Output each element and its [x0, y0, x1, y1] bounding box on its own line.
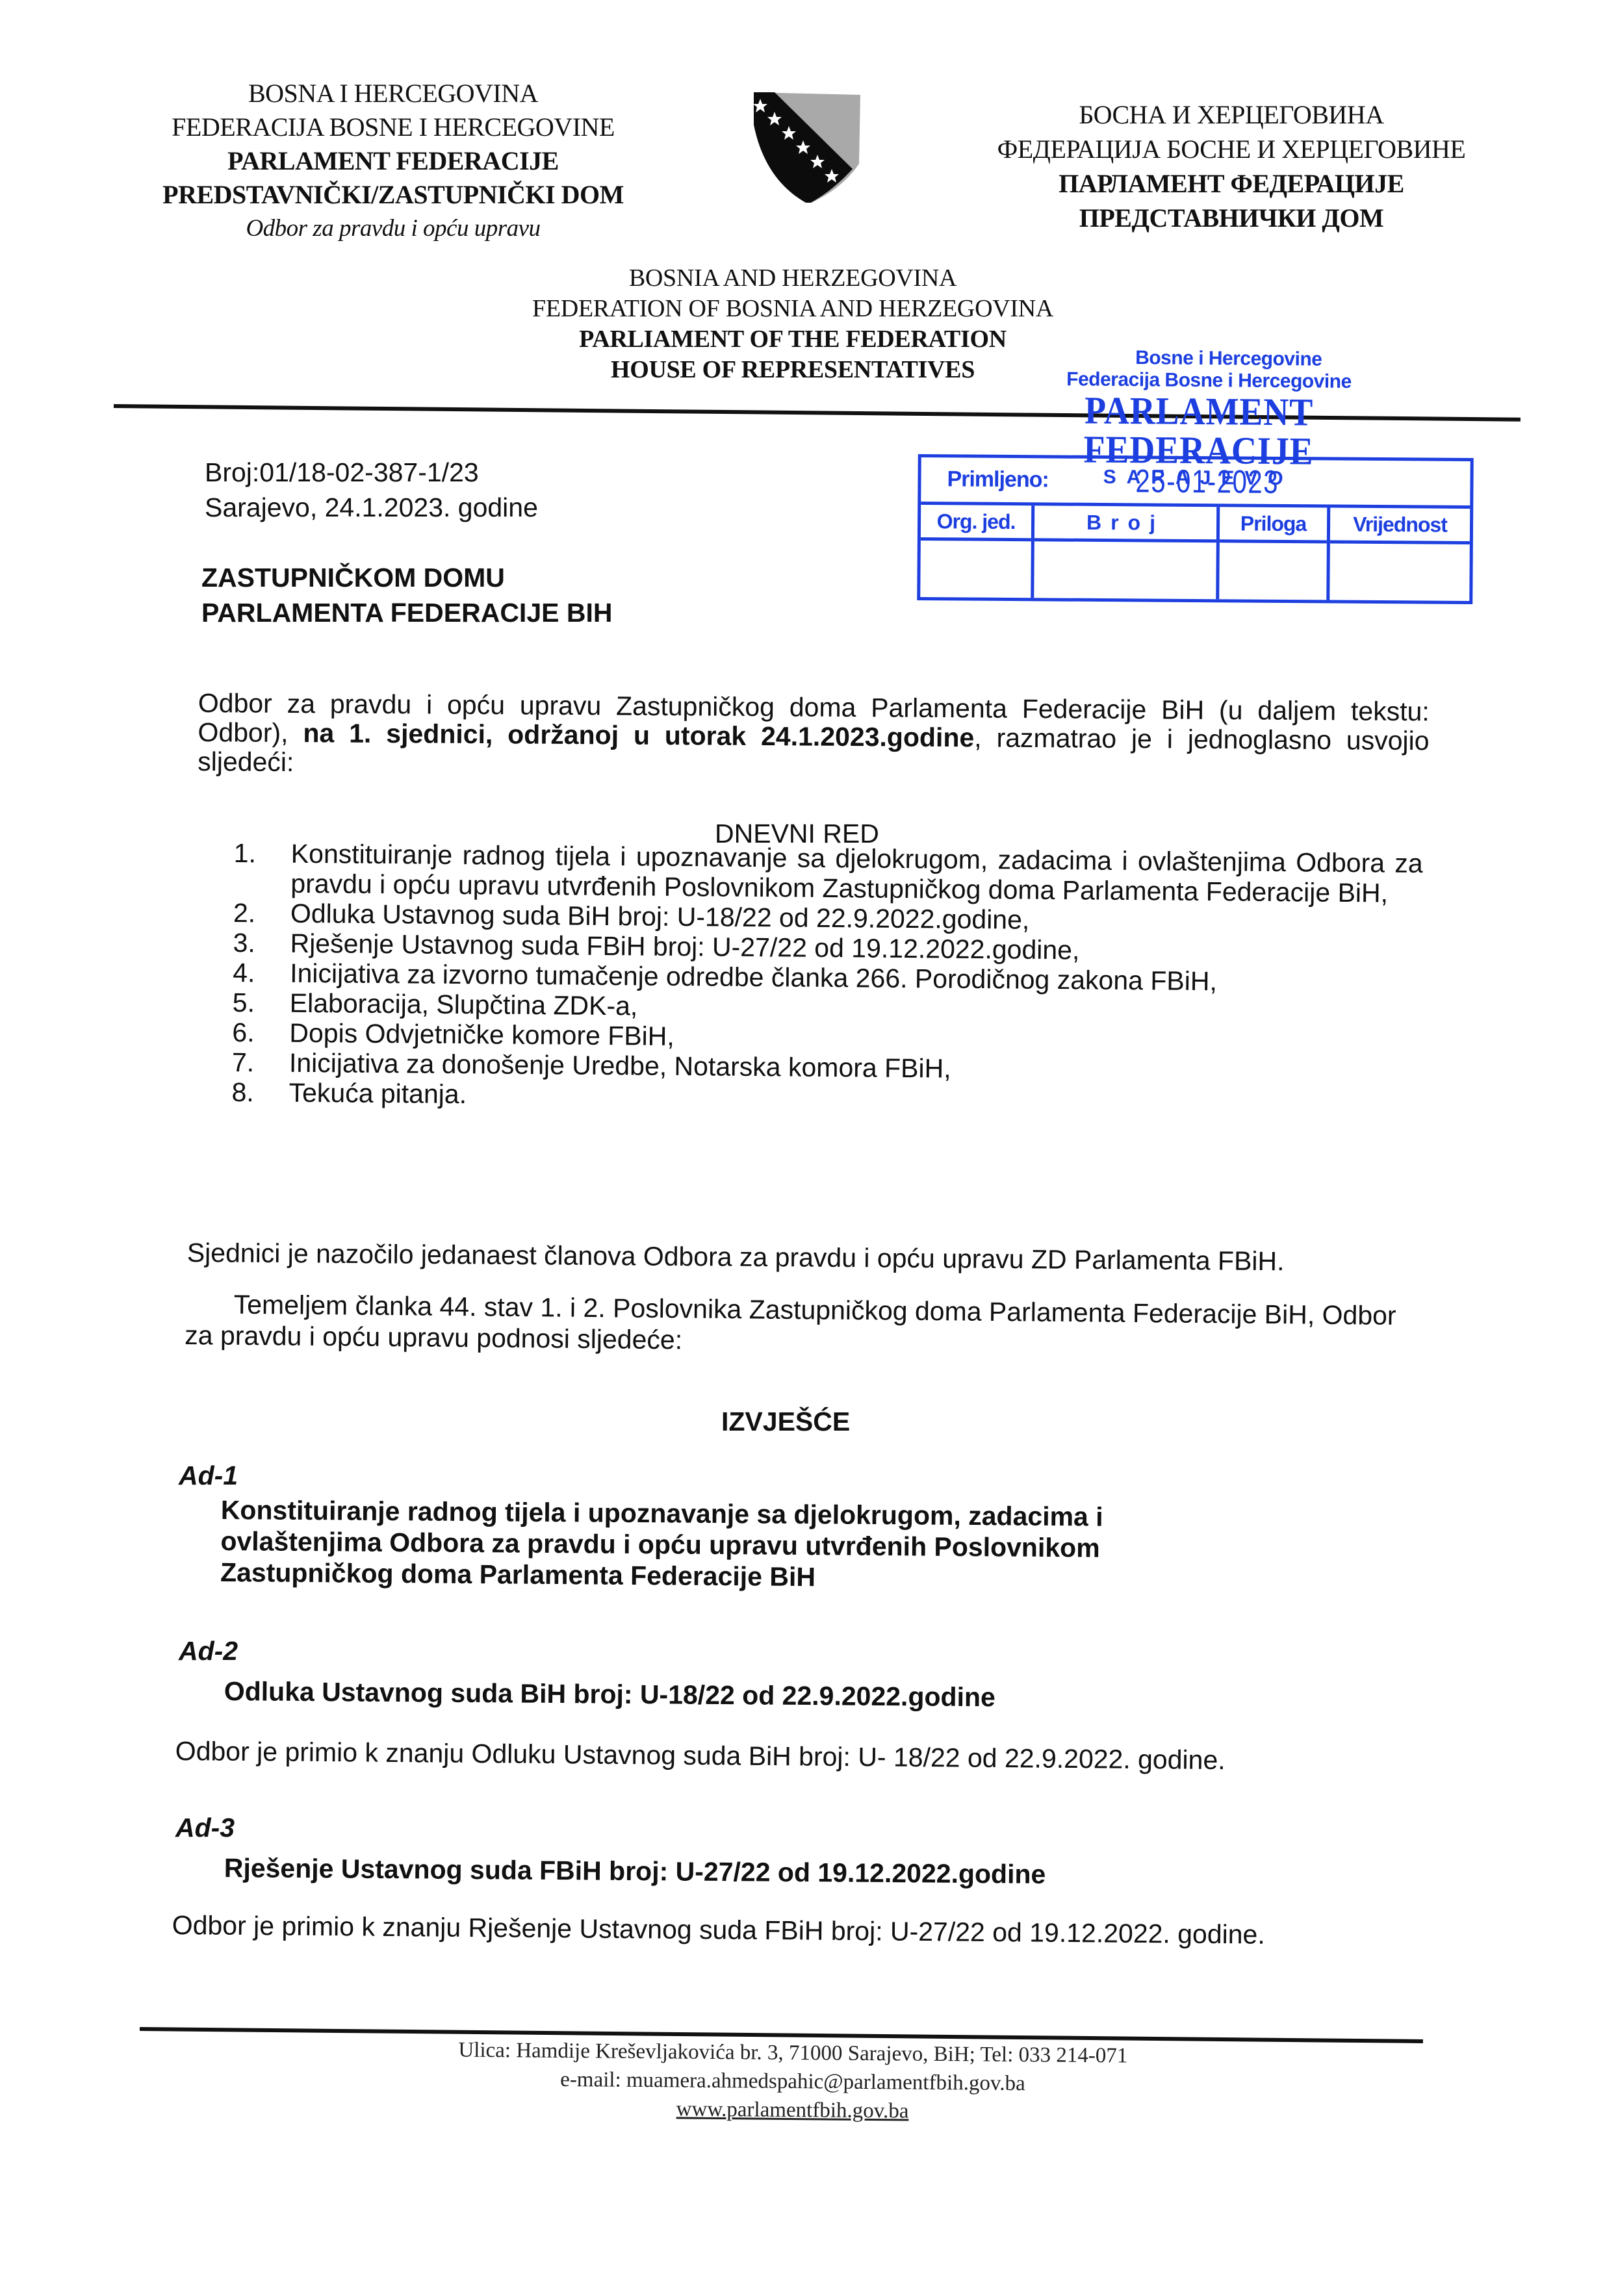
- addressee-line-1: ZASTUPNIČKOM DOMU: [201, 560, 612, 595]
- stamp-cell-value: Vrijednost: [1329, 507, 1470, 600]
- letterhead-federation: FEDERACIJA BOSNE I HERCEGOVINE: [146, 110, 640, 144]
- received-date: 25-01-2023: [1135, 462, 1279, 501]
- agenda-item-number: 6.: [232, 1017, 289, 1048]
- section-label-ad-2: Ad-2: [179, 1636, 238, 1666]
- legal-basis-paragraph: Temeljem članka 44. stav 1. i 2. Poslovn…: [185, 1288, 1420, 1362]
- letterhead-parliament-cyr: ПАРЛАМЕНТ ФЕДЕРАЦИЈЕ: [975, 166, 1488, 201]
- letterhead-country-en: BOSNIA AND HERZEGOVINA: [481, 263, 1105, 294]
- section-text-ad-3: Odbor je primio k znanju Rješenje Ustavn…: [172, 1910, 1265, 1950]
- section-title-ad-3: Rješenje Ustavnog suda FBiH broj: U-27/2…: [224, 1853, 1046, 1890]
- agenda-item-number: 3.: [233, 928, 290, 958]
- footer: Ulica: Hamdije Kreševljakovića br. 3, 71…: [350, 2035, 1235, 2128]
- agenda-item-text: Konstituiranje radnog tijela i upoznavan…: [290, 839, 1423, 908]
- document-reference: Broj:01/18-02-387-1/23 Sarajevo, 24.1.20…: [205, 455, 538, 525]
- addressee-line-2: PARLAMENTA FEDERACIJE BIH: [201, 595, 612, 630]
- stamp-cell-attachments: Priloga: [1219, 507, 1330, 600]
- stamp-header-value: Vrijednost: [1330, 507, 1470, 544]
- reference-number: Broj:01/18-02-387-1/23: [205, 455, 538, 490]
- agenda-list: 1.Konstituiranje radnog tijela i upoznav…: [231, 838, 1423, 1117]
- stamp-header-attachments: Priloga: [1220, 507, 1327, 543]
- letterhead-committee: Odbor za pravdu i opću upravu: [146, 212, 640, 246]
- letterhead-right: БОСНА И ХЕРЦЕГОВИНА ФЕДЕРАЦИЈА БОСНЕ И Х…: [975, 97, 1488, 235]
- letterhead-parliament: PARLAMENT FEDERACIJE: [146, 144, 640, 178]
- letterhead-federation-cyr: ФЕДЕРАЦИЈА БОСНЕ И ХЕРЦЕГОВИНЕ: [975, 132, 1488, 166]
- section-label-ad-3: Ad-3: [175, 1813, 235, 1843]
- agenda-item-number: 8.: [231, 1077, 289, 1108]
- section-text-ad-2: Odbor je primio k znanju Odluku Ustavnog…: [175, 1736, 1226, 1776]
- agenda-item-number: 5.: [233, 988, 290, 1018]
- report-title: IZVJEŠĆE: [721, 1407, 850, 1437]
- stamp-cell-number: Broj: [1034, 505, 1220, 599]
- stamp-cell-org-unit: Org. jed.: [920, 505, 1034, 598]
- stamp-value-number: [1034, 541, 1216, 599]
- legal-basis-text: Temeljem članka 44. stav 1. i 2. Poslovn…: [185, 1290, 1396, 1355]
- stamp-header-number: Broj: [1034, 505, 1216, 542]
- letterhead-house-cyr: ПРЕДСТАВНИЧКИ ДОМ: [975, 201, 1488, 235]
- seal-line-1: Bosne i Hercegovine: [1034, 346, 1424, 372]
- letterhead-federation-en: FEDERATION OF BOSNIA AND HERZEGOVINA: [481, 294, 1105, 324]
- letterhead-country: BOSNA I HERCEGOVINA: [146, 77, 640, 110]
- agenda-item-number: 4.: [233, 958, 290, 988]
- letterhead-left: BOSNA I HERCEGOVINA FEDERACIJA BOSNE I H…: [146, 77, 640, 246]
- agenda-item-number: 7.: [232, 1047, 289, 1078]
- section-title-ad-2: Odluka Ustavnog suda BiH broj: U-18/22 o…: [224, 1676, 995, 1713]
- stamp-header-org-unit: Org. jed.: [921, 505, 1031, 541]
- agenda-item-number: 1.: [233, 838, 291, 899]
- coat-of-arms-icon: [749, 86, 866, 203]
- received-stamp: Primljeno: 25-01-2023 Org. jed. Broj Pri…: [917, 454, 1474, 604]
- intro-paragraph: Odbor za pravdu i opću upravu Zastupničk…: [198, 689, 1430, 785]
- intro-session-info: na 1. sjednici, održanoj u utorak 24.1.2…: [303, 718, 974, 752]
- stamp-value-org-unit: [920, 541, 1031, 598]
- letterhead-house: PREDSTAVNIČKI/ZASTUPNIČKI DOM: [146, 178, 640, 212]
- agenda-item-number: 2.: [233, 898, 290, 928]
- section-label-ad-1: Ad-1: [179, 1461, 238, 1491]
- stamp-value-value: [1329, 543, 1470, 600]
- stamp-value-attachments: [1219, 542, 1327, 600]
- section-title-ad-1: Konstituiranje radnog tijela i upoznavan…: [220, 1494, 1261, 1596]
- agenda-item: 1.Konstituiranje radnog tijela i upoznav…: [233, 838, 1423, 908]
- letterhead-country-cyr: БОСНА И ХЕРЦЕГОВИНА: [975, 97, 1488, 132]
- addressee: ZASTUPNIČKOM DOMU PARLAMENTA FEDERACIJE …: [201, 560, 612, 630]
- attendance-statement: Sjednici je nazočilo jedanaest članova O…: [187, 1238, 1285, 1277]
- received-label: Primljeno:: [947, 466, 1049, 492]
- reference-place-date: Sarajevo, 24.1.2023. godine: [205, 490, 538, 525]
